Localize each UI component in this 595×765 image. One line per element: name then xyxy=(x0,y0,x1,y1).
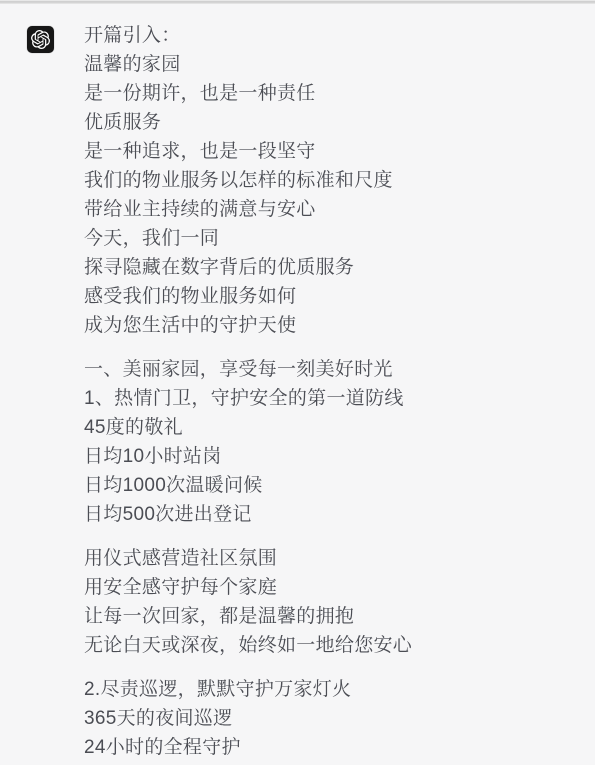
message-line: 温馨的家园 xyxy=(84,50,575,79)
message-line: 日均1000次温暖问候 xyxy=(84,471,575,500)
message-line: 用仪式感营造社区氛围 xyxy=(84,544,575,573)
message-line: 日均10小时站岗 xyxy=(84,442,575,471)
message-line: 2.尽责巡逻，默默守护万家灯火 xyxy=(84,675,575,704)
message-line: 365天的夜间巡逻 xyxy=(84,704,575,733)
assistant-avatar xyxy=(27,26,54,53)
message-line: 日均500次进出登记 xyxy=(84,500,575,529)
message-line: 成为您生活中的守护天使 xyxy=(84,311,575,340)
message-line: 一、美丽家园，享受每一刻美好时光 xyxy=(84,355,575,384)
paragraph-section-1b: 用仪式感营造社区氛围 用安全感守护每个家庭 让每一次回家，都是温馨的拥抱 无论白… xyxy=(84,544,575,660)
paragraph-intro: 开篇引入： 温馨的家园 是一份期许，也是一种责任 优质服务 是一种追求，也是一段… xyxy=(84,21,575,340)
message-line: 让每一次回家，都是温馨的拥抱 xyxy=(84,602,575,631)
message-line: 开篇引入： xyxy=(84,21,575,50)
paragraph-section-1: 一、美丽家园，享受每一刻美好时光 1、热情门卫，守护安全的第一道防线 45度的敬… xyxy=(84,355,575,529)
message-line: 优质服务 xyxy=(84,108,575,137)
message-line: 是一种追求，也是一段坚守 xyxy=(84,137,575,166)
message-line: 用安全感守护每个家庭 xyxy=(84,573,575,602)
message-line: 今天，我们一同 xyxy=(84,224,575,253)
message-line: 带给业主持续的满意与安心 xyxy=(84,195,575,224)
openai-logo-icon xyxy=(31,30,50,49)
message-line: 24小时的全程守护 xyxy=(84,733,575,762)
message-line: 是一份期许，也是一种责任 xyxy=(84,79,575,108)
message-line: 1、热情门卫，守护安全的第一道防线 xyxy=(84,384,575,413)
message-line: 45度的敬礼 xyxy=(84,413,575,442)
message-line: 我们的物业服务以怎样的标准和尺度 xyxy=(84,166,575,195)
message-line: 探寻隐藏在数字背后的优质服务 xyxy=(84,253,575,282)
assistant-message: 开篇引入： 温馨的家园 是一份期许，也是一种责任 优质服务 是一种追求，也是一段… xyxy=(0,4,595,762)
message-line: 无论白天或深夜，始终如一地给您安心 xyxy=(84,631,575,660)
message-line: 感受我们的物业服务如何 xyxy=(84,282,575,311)
paragraph-section-2: 2.尽责巡逻，默默守护万家灯火 365天的夜间巡逻 24小时的全程守护 xyxy=(84,675,575,762)
